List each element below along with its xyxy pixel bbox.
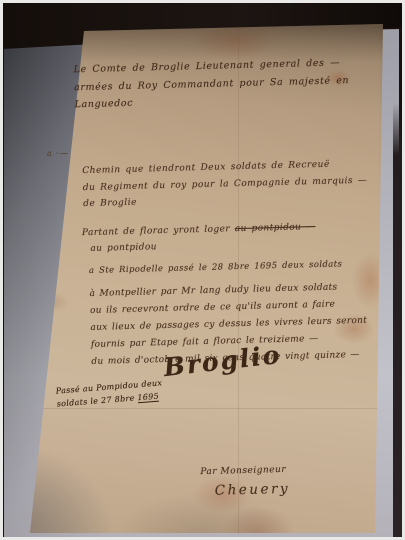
note-year-underlined: 1695 <box>137 391 159 403</box>
ripodelle-text: a Ste Ripodelle passé le 28 8bre 1695 de… <box>89 259 343 276</box>
strikethrough-text: au pontpidou — <box>235 222 316 234</box>
photo-frame: Le Comte de Broglie Lieutenant general d… <box>0 0 405 540</box>
margin-mark: a ·— <box>47 148 69 158</box>
margin-note: Passé au Pompidou deux soldats le 27 8br… <box>55 377 163 410</box>
handwriting-layer: Le Comte de Broglie Lieutenant general d… <box>0 0 405 540</box>
closing-signature: Cheuery <box>215 482 291 498</box>
paragraph-departure: Partant de florac yront loger au pontpid… <box>82 219 316 257</box>
paragraph-route: Chemin que tiendront Deux soldats de Rec… <box>82 156 368 213</box>
margin-mark-text: a ·— <box>47 148 69 158</box>
line-ripodelle: a Ste Ripodelle passé le 28 8bre 1695 de… <box>89 259 343 276</box>
departure-text: Partant de florac yront loger <box>82 224 235 238</box>
closing-line: Par Monseigneur <box>200 463 290 479</box>
heading: Le Comte de Broglie Lieutenant general d… <box>73 54 349 114</box>
closing-block: Par Monseigneur Cheuery <box>200 463 290 498</box>
